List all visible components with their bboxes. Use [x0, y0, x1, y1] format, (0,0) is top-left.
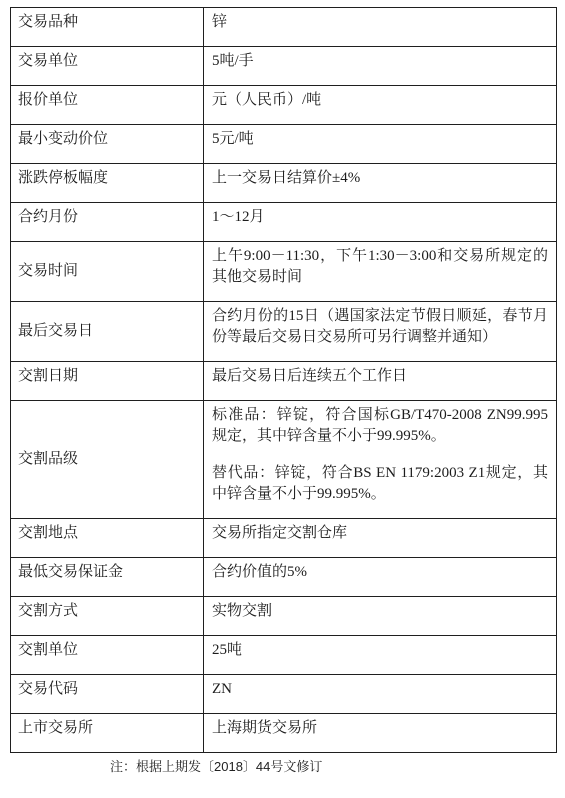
spec-value-cell: 上一交易日结算价±4%: [204, 164, 557, 203]
revision-note: 注：根据上期发〔2018〕44号文修订: [110, 758, 565, 775]
spec-value-cell: 合约月份的15日（遇国家法定节假日顺延，春节月份等最后交易日交易所可另行调整并通…: [204, 302, 557, 362]
spec-row: 交割品级标准品：锌锭，符合国标GB/T470-2008 ZN99.995规定，其…: [11, 401, 557, 519]
spec-value-cell: 锌: [204, 8, 557, 47]
spec-value-paragraph: 25吨: [212, 640, 548, 661]
spec-row: 最小变动价位5元/吨: [11, 125, 557, 164]
spec-value-paragraph: 锌: [212, 12, 548, 33]
spec-value-paragraph: 合约月份的15日（遇国家法定节假日顺延，春节月份等最后交易日交易所可另行调整并通…: [212, 306, 548, 348]
spec-value-paragraph: 交易所指定交割仓库: [212, 523, 548, 544]
spec-value-cell: 1～12月: [204, 203, 557, 242]
spec-row: 交易代码ZN: [11, 675, 557, 714]
spec-value-cell: 上海期货交易所: [204, 714, 557, 753]
spec-label-cell: 最后交易日: [11, 302, 204, 362]
spec-row: 涨跌停板幅度上一交易日结算价±4%: [11, 164, 557, 203]
spec-label-cell: 交割日期: [11, 362, 204, 401]
spec-label-cell: 涨跌停板幅度: [11, 164, 204, 203]
spec-value-paragraph: 最后交易日后连续五个工作日: [212, 366, 548, 387]
spec-value-cell: 25吨: [204, 636, 557, 675]
spec-value-paragraph: 上一交易日结算价±4%: [212, 168, 548, 189]
spec-value-paragraph: 实物交割: [212, 601, 548, 622]
spec-label-cell: 上市交易所: [11, 714, 204, 753]
spec-value-paragraph: 1～12月: [212, 207, 548, 228]
spec-row: 报价单位元（人民币）/吨: [11, 86, 557, 125]
spec-value-paragraph: 替代品：锌锭，符合BS EN 1179:2003 Z1规定，其中锌含量不小于99…: [212, 463, 548, 505]
spec-row: 交易品种锌: [11, 8, 557, 47]
spec-row: 交割地点交易所指定交割仓库: [11, 519, 557, 558]
spec-value-cell: 上午9:00－11:30，下午1:30－3:00和交易所规定的其他交易时间: [204, 242, 557, 302]
spec-row: 最后交易日合约月份的15日（遇国家法定节假日顺延，春节月份等最后交易日交易所可另…: [11, 302, 557, 362]
spec-row: 上市交易所上海期货交易所: [11, 714, 557, 753]
spec-row: 合约月份1～12月: [11, 203, 557, 242]
spec-value-cell: 5元/吨: [204, 125, 557, 164]
spec-label-cell: 交易品种: [11, 8, 204, 47]
document-page: 交易品种锌交易单位5吨/手报价单位元（人民币）/吨最小变动价位5元/吨涨跌停板幅…: [0, 7, 565, 798]
spec-value-cell: ZN: [204, 675, 557, 714]
spec-value-paragraph: 上海期货交易所: [212, 718, 548, 739]
spec-label-cell: 合约月份: [11, 203, 204, 242]
contract-spec-table-body: 交易品种锌交易单位5吨/手报价单位元（人民币）/吨最小变动价位5元/吨涨跌停板幅…: [11, 8, 557, 753]
spec-value-paragraph: ZN: [212, 679, 548, 700]
spec-label-cell: 交易时间: [11, 242, 204, 302]
spec-row: 交割日期最后交易日后连续五个工作日: [11, 362, 557, 401]
spec-value-cell: 标准品：锌锭，符合国标GB/T470-2008 ZN99.995规定，其中锌含量…: [204, 401, 557, 519]
spec-row: 最低交易保证金合约价值的5%: [11, 558, 557, 597]
spec-value-cell: 5吨/手: [204, 47, 557, 86]
spec-label-cell: 交易单位: [11, 47, 204, 86]
spec-label-cell: 交割单位: [11, 636, 204, 675]
spec-row: 交易时间上午9:00－11:30，下午1:30－3:00和交易所规定的其他交易时…: [11, 242, 557, 302]
spec-value-paragraph: 标准品：锌锭，符合国标GB/T470-2008 ZN99.995规定，其中锌含量…: [212, 405, 548, 447]
spec-label-cell: 交割方式: [11, 597, 204, 636]
spec-value-paragraph: 上午9:00－11:30，下午1:30－3:00和交易所规定的其他交易时间: [212, 246, 548, 288]
spec-label-cell: 交易代码: [11, 675, 204, 714]
spec-value-cell: 交易所指定交割仓库: [204, 519, 557, 558]
spec-value-cell: 合约价值的5%: [204, 558, 557, 597]
spec-label-cell: 报价单位: [11, 86, 204, 125]
spec-value-paragraph: 元（人民币）/吨: [212, 90, 548, 111]
spec-value-paragraph: 5吨/手: [212, 51, 548, 72]
spec-value-cell: 最后交易日后连续五个工作日: [204, 362, 557, 401]
spec-label-cell: 最低交易保证金: [11, 558, 204, 597]
spec-label-cell: 最小变动价位: [11, 125, 204, 164]
spec-row: 交易单位5吨/手: [11, 47, 557, 86]
spec-value-cell: 实物交割: [204, 597, 557, 636]
spec-value-cell: 元（人民币）/吨: [204, 86, 557, 125]
spec-row: 交割方式实物交割: [11, 597, 557, 636]
spec-row: 交割单位25吨: [11, 636, 557, 675]
spec-value-paragraph: 5元/吨: [212, 129, 548, 150]
spec-label-cell: 交割品级: [11, 401, 204, 519]
spec-label-cell: 交割地点: [11, 519, 204, 558]
contract-spec-table: 交易品种锌交易单位5吨/手报价单位元（人民币）/吨最小变动价位5元/吨涨跌停板幅…: [10, 7, 557, 753]
spec-value-paragraph: 合约价值的5%: [212, 562, 548, 583]
